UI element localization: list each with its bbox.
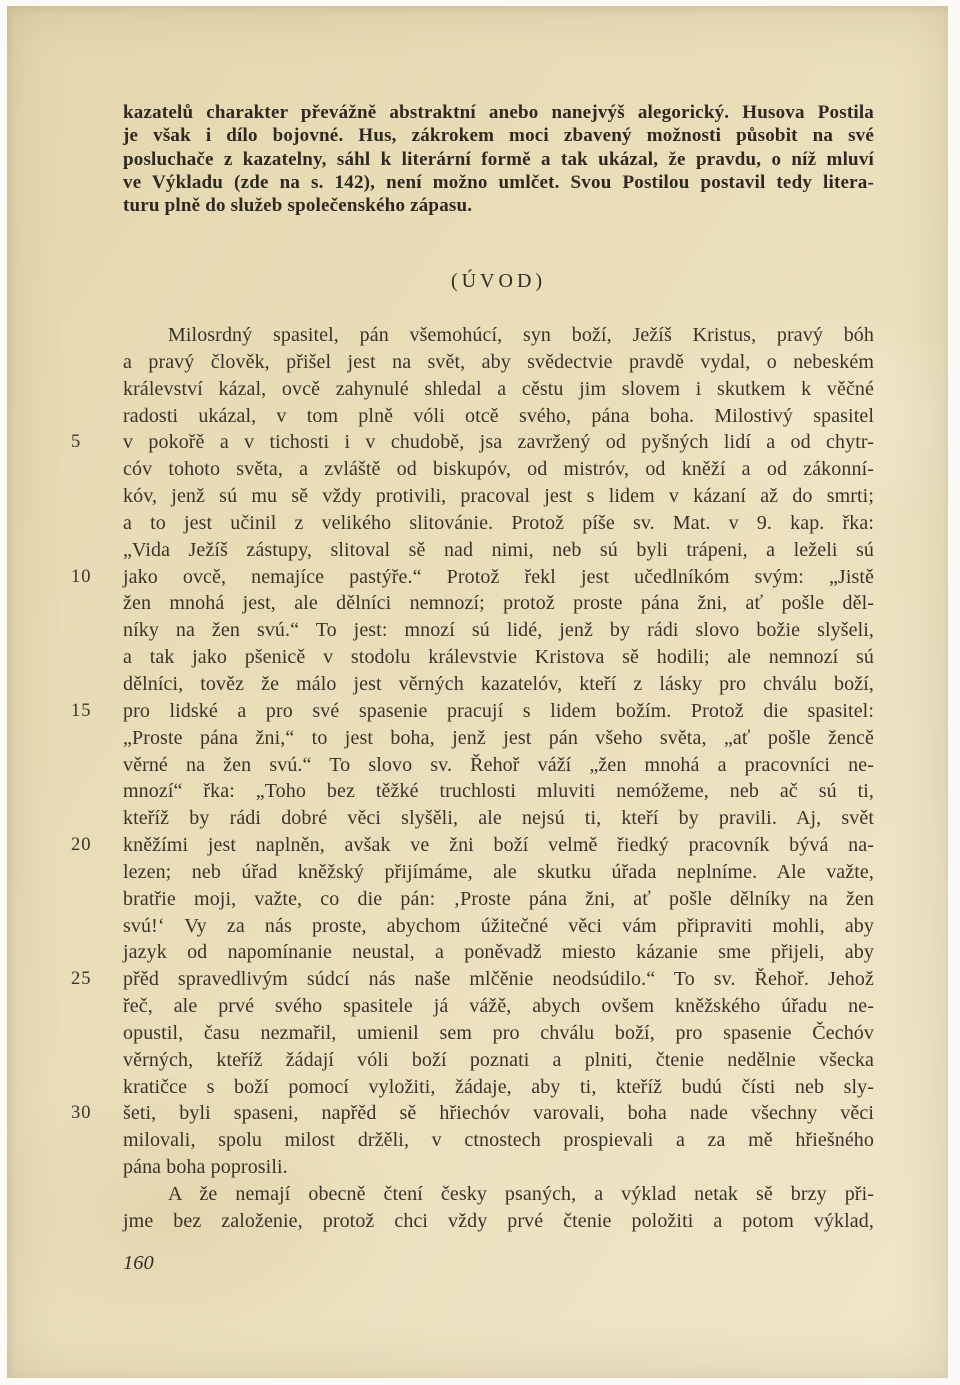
body-line-text: řeč, ale prvé svého spasitele já vážě, a… xyxy=(123,995,874,1017)
text-line: pána boha poprosili. xyxy=(123,1154,874,1181)
intro-paragraph: kazatelů charakter převážně abstraktní a… xyxy=(123,101,874,217)
text-line: svú!‘ Vy za nás proste, abychom úžitečné… xyxy=(123,913,874,940)
body-line-text: v pokořě a v tichosti i v chudobě, jsa z… xyxy=(123,431,874,453)
text-line: radosti ukázal, v tom plně vóli otcě své… xyxy=(123,403,874,430)
text-line: kóv, jenž sú mu sě vždy protivili, praco… xyxy=(123,483,874,510)
body-line-text: dělníci, tověz že málo jest věrných kaza… xyxy=(123,673,874,695)
margin-line-number: 25 xyxy=(71,966,111,993)
text-line: a tak jako pšenicě v stodolu králevstvie… xyxy=(123,644,874,671)
margin-line-number: 20 xyxy=(71,832,111,859)
text-line: kazatelů charakter převážně abstraktní a… xyxy=(123,101,874,124)
scanned-book-page: kazatelů charakter převážně abstraktní a… xyxy=(0,0,960,1385)
body-line-text: přěd spravedlivým súdcí nás naše mlčěnie… xyxy=(123,968,874,990)
text-line: 5v pokořě a v tichosti i v chudobě, jsa … xyxy=(123,429,874,456)
body-line-text: Milosrdný spasitel, pán všemohúcí, syn b… xyxy=(168,324,874,346)
body-text: Milosrdný spasitel, pán všemohúcí, syn b… xyxy=(123,322,874,1235)
body-line-text: „Proste pána žni,“ to jest boha, jenž je… xyxy=(123,727,874,749)
intro-line-text: je však i dílo bojovné. Hus, zákrokem mo… xyxy=(123,125,874,146)
text-line: 15pro lidské a pro své spasenie pracují … xyxy=(123,698,874,725)
text-line: A že nemají obecně čtení česky psaných, … xyxy=(123,1181,874,1208)
section-heading-text: (ÚVOD) xyxy=(451,270,546,292)
body-line-text: níky na žen svú.“ To jest: mnozí sú lidé… xyxy=(123,619,874,641)
text-line: dělníci, tověz že málo jest věrných kaza… xyxy=(123,671,874,698)
text-line: věrných, kteříž žádají vóli boží poznati… xyxy=(123,1047,874,1074)
text-line: věrné na žen svú.“ To slovo sv. Řehoř vá… xyxy=(123,752,874,779)
text-line: Milosrdný spasitel, pán všemohúcí, syn b… xyxy=(123,322,874,349)
body-line-text: svú!‘ Vy za nás proste, abychom úžitečné… xyxy=(123,915,874,937)
intro-line-text: posluchače z kazatelny, sáhl k literární… xyxy=(123,149,874,170)
body-line-text: a to jest učinil z velikého slitovánie. … xyxy=(123,512,874,534)
text-line: jme bez založenie, protož chci vždy prvé… xyxy=(123,1208,874,1235)
body-line-text: mnozí“ řka: „Toho bez těžké truchlosti m… xyxy=(123,780,874,802)
text-line: milovali, spolu milost držěli, v ctnoste… xyxy=(123,1127,874,1154)
body-line-text: jazyk od napomínanie neustal, a poněvadž… xyxy=(123,941,874,963)
body-line-text: cóv tohoto světa, a zvláště od biskupóv,… xyxy=(123,458,874,480)
text-line: „Vida Ježíš zástupy, slitoval sě nad nim… xyxy=(123,537,874,564)
body-line-text: a tak jako pšenicě v stodolu králevstvie… xyxy=(123,646,874,668)
body-line-text: pro lidské a pro své spasenie pracují s … xyxy=(123,700,874,722)
intro-line-text: turu plně do služeb společenského zápasu… xyxy=(123,195,472,216)
body-line-text: věrné na žen svú.“ To slovo sv. Řehoř vá… xyxy=(123,754,874,776)
text-line: 30šeti, byli spaseni, napřěd sě hřiechóv… xyxy=(123,1100,874,1127)
text-line: 20kněžími jest naplněn, avšak ve žni bož… xyxy=(123,832,874,859)
text-line: žen mnohá jest, ale dělníci nemnozí; pro… xyxy=(123,590,874,617)
text-line: 10jako ovcě, nemajíce pastýře.“ Protož ř… xyxy=(123,564,874,591)
page-number: 160 xyxy=(123,1252,874,1275)
text-line: a pravý člověk, přišel jest na svět, aby… xyxy=(123,349,874,376)
body-line-text: radosti ukázal, v tom plně vóli otcě své… xyxy=(123,405,874,427)
text-line: níky na žen svú.“ To jest: mnozí sú lidé… xyxy=(123,617,874,644)
margin-line-number: 15 xyxy=(71,698,111,725)
body-line-text: milovali, spolu milost držěli, v ctnoste… xyxy=(123,1129,874,1151)
section-heading: (ÚVOD) xyxy=(123,270,874,293)
body-line-text: A že nemají obecně čtení česky psaných, … xyxy=(168,1183,874,1205)
text-line: bratřie moji, važte, co die pán: ‚Proste… xyxy=(123,886,874,913)
body-line-text: kteříž by rádi dobré věci slyšěli, ale n… xyxy=(123,807,874,829)
body-line-text: pána boha poprosili. xyxy=(123,1156,288,1178)
text-line: cóv tohoto světa, a zvláště od biskupóv,… xyxy=(123,456,874,483)
text-line: a to jest učinil z velikého slitovánie. … xyxy=(123,510,874,537)
text-line: mnozí“ řka: „Toho bez těžké truchlosti m… xyxy=(123,778,874,805)
text-line: jazyk od napomínanie neustal, a poněvadž… xyxy=(123,939,874,966)
body-line-text: kratičce s boží pomocí vyložiti, žádaje,… xyxy=(123,1076,874,1098)
text-line: ve Výkladu (zde na s. 142), není možno u… xyxy=(123,171,874,194)
body-line-text: kněžími jest naplněn, avšak ve žni boží … xyxy=(123,834,874,856)
text-line: posluchače z kazatelny, sáhl k literární… xyxy=(123,148,874,171)
text-line: „Proste pána žni,“ to jest boha, jenž je… xyxy=(123,725,874,752)
text-line: králevství kázal, ovcě zahynulé shledal … xyxy=(123,376,874,403)
text-line: lezen; neb úřad kněžský přijímáme, ale s… xyxy=(123,859,874,886)
page-number-text: 160 xyxy=(123,1252,154,1274)
body-line-text: „Vida Ježíš zástupy, slitoval sě nad nim… xyxy=(123,539,874,561)
body-line-text: šeti, byli spaseni, napřěd sě hřiechóv v… xyxy=(123,1102,874,1124)
body-line-text: bratřie moji, važte, co die pán: ‚Proste… xyxy=(123,888,874,910)
body-line-text: jako ovcě, nemajíce pastýře.“ Protož řek… xyxy=(123,566,874,588)
text-line: kratičce s boží pomocí vyložiti, žádaje,… xyxy=(123,1074,874,1101)
body-line-text: kóv, jenž sú mu sě vždy protivili, praco… xyxy=(123,485,874,507)
intro-line-text: kazatelů charakter převážně abstraktní a… xyxy=(123,102,874,123)
body-line-text: jme bez založenie, protož chci vždy prvé… xyxy=(123,1210,874,1232)
text-line: kteříž by rádi dobré věci slyšěli, ale n… xyxy=(123,805,874,832)
body-line-text: věrných, kteříž žádají vóli boží poznati… xyxy=(123,1049,874,1071)
body-line-text: králevství kázal, ovcě zahynulé shledal … xyxy=(123,378,874,400)
text-line: opustil, času nezmařil, umienil sem pro … xyxy=(123,1020,874,1047)
intro-line-text: ve Výkladu (zde na s. 142), není možno u… xyxy=(123,172,874,193)
text-line: je však i dílo bojovné. Hus, zákrokem mo… xyxy=(123,124,874,147)
margin-line-number: 5 xyxy=(71,429,111,456)
body-line-text: žen mnohá jest, ale dělníci nemnozí; pro… xyxy=(123,592,874,614)
margin-line-number: 30 xyxy=(71,1100,111,1127)
body-line-text: lezen; neb úřad kněžský přijímáme, ale s… xyxy=(123,861,874,883)
text-line: řeč, ale prvé svého spasitele já vážě, a… xyxy=(123,993,874,1020)
paper-background: kazatelů charakter převážně abstraktní a… xyxy=(7,6,948,1378)
text-line: turu plně do služeb společenského zápasu… xyxy=(123,194,874,217)
body-line-text: a pravý člověk, přišel jest na svět, aby… xyxy=(123,351,874,373)
text-line: 25přěd spravedlivým súdcí nás naše mlčěn… xyxy=(123,966,874,993)
body-line-text: opustil, času nezmařil, umienil sem pro … xyxy=(123,1022,874,1044)
margin-line-number: 10 xyxy=(71,564,111,591)
